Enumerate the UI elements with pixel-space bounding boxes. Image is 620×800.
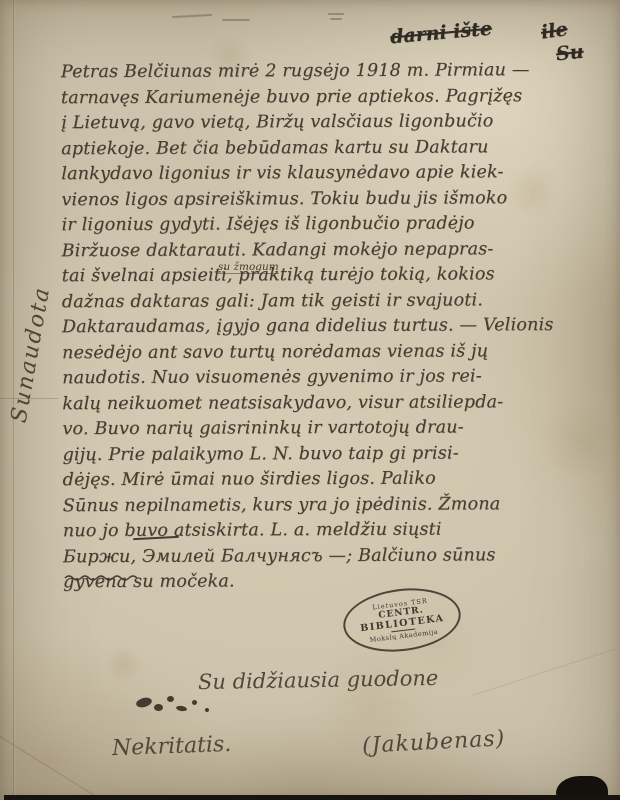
interlinear-insertion: su žmogum: [218, 261, 279, 274]
letter-body: Petras Belčiunas mirė 2 rugsėjo 1918 m. …: [61, 60, 613, 598]
pencil-smudge: [328, 13, 344, 15]
body-line: naudotis. Nuo visuomenės gyvenimo ir jos…: [62, 366, 612, 394]
body-line: tarnavęs Kariumenėje buvo prie aptiekos.…: [61, 85, 611, 113]
body-line: Biržuose daktarauti. Kadangi mokėjo nepa…: [62, 238, 612, 266]
ink-blot: [167, 696, 174, 702]
body-line: vo. Buvo narių gaisrininkų ir vartotojų …: [62, 417, 612, 445]
letter-scan-page: darni ište ile Su Sunaudota Petras Belči…: [0, 0, 620, 800]
pencil-smudge: [330, 18, 342, 20]
body-line: dažnas daktaras gali: Jam tik geisti ir …: [62, 289, 612, 317]
closing-salutation: Su didžiausia guodone: [198, 666, 439, 694]
body-line: gyvena su močeka.: [63, 570, 613, 598]
body-line: Sūnus nepilnametis, kurs yra jo įpėdinis…: [63, 493, 613, 521]
paper-crease-diagonal: [0, 734, 99, 798]
body-line: Биржи, Эмилей Балчунясъ —; Balčiuno sūnu…: [63, 544, 613, 572]
body-line: nesėdėjo ant savo turtų norėdamas vienas…: [62, 340, 612, 368]
body-line: vienos ligos apsireiškimus. Tokiu budu j…: [61, 187, 611, 215]
crossed-out-scribble: ile: [540, 18, 569, 43]
pencil-smudge: [172, 14, 212, 18]
body-line: gijų. Prie palaikymo L. N. buvo taip gi …: [63, 442, 613, 470]
body-line: Petras Belčiunas mirė 2 rugsėjo 1918 m. …: [61, 60, 611, 88]
crossed-out-scribble: darni ište: [389, 18, 493, 49]
wavy-underline: [64, 574, 138, 582]
paper-crease-vertical: [13, 0, 14, 800]
signer-name: Nekritatis.: [112, 732, 232, 761]
body-line: nuo jo buvo atsiskirta. L. a. meldžiu si…: [63, 519, 613, 547]
paper-crease-diagonal-2: [472, 649, 615, 696]
ink-blot: [135, 696, 153, 709]
scan-edge-bottom: [4, 795, 620, 800]
body-line: Daktaraudamas, įgyjo gana didelius turtu…: [62, 315, 612, 343]
body-line: ir ligonius gydyti. Išėjęs iš ligonbučio…: [62, 213, 612, 241]
body-line: į Lietuvą, gavo vietą, Biržų valsčiaus l…: [61, 111, 611, 139]
body-line: dėjęs. Mirė ūmai nuo širdies ligos. Pali…: [63, 468, 613, 496]
body-line: lankydavo ligonius ir vis klausynėdavo a…: [61, 162, 611, 190]
body-line: kalų neikuomet neatsisakydavo, visur ats…: [62, 391, 612, 419]
pencil-smudge: [222, 19, 250, 21]
body-line: aptiekoje. Bet čia bebūdamas kartu su Da…: [61, 136, 611, 164]
ink-blot: [205, 708, 209, 712]
margin-note-vertical: Sunaudota: [0, 210, 68, 500]
body-line: tai švelnai apsieiti, praktiką turėjo to…: [62, 264, 612, 292]
ink-blot: [192, 700, 197, 705]
ink-blot: [154, 704, 163, 711]
ink-blot: [176, 705, 188, 712]
signature: (Jakubenas): [361, 726, 505, 758]
paper-crease-horizontal: [0, 398, 58, 399]
